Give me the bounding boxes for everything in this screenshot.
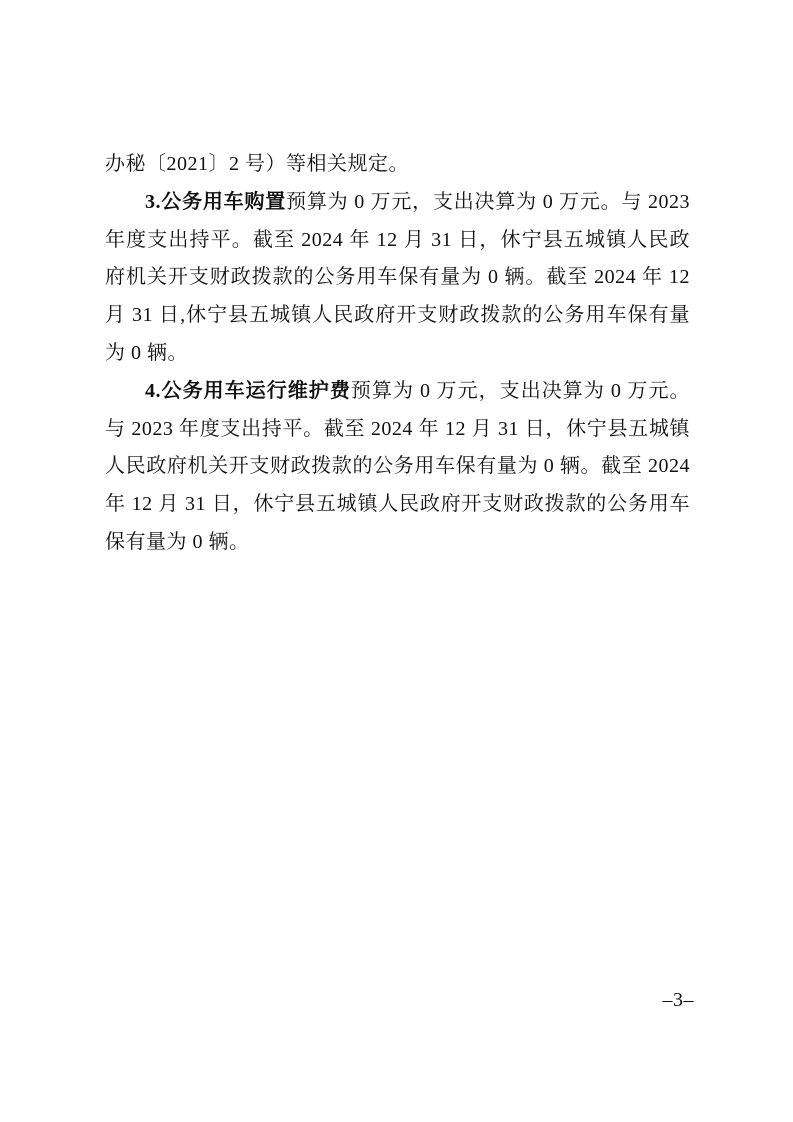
text-segment: 为 0 辆。 (105, 342, 188, 364)
document-line: 府机关开支财政拨款的公务用车保有量为 0 辆。截至 2024 年 12 (105, 259, 690, 297)
document-body: 办秘〔2021〕2 号）等相关规定。3.公务用车购置预算为 0 万元，支出决算为… (105, 146, 690, 562)
text-segment: 人民政府机关开支财政拨款的公务用车保有量为 0 辆。截至 2024 (105, 455, 690, 477)
text-segment: 办秘〔2021〕2 号）等相关规定。 (105, 153, 409, 175)
document-line: 年 12 月 31 日，休宁县五城镇人民政府开支财政拨款的公务用车 (105, 486, 690, 524)
document-line: 4.公务用车运行维护费预算为 0 万元，支出决算为 0 万元。 (105, 373, 690, 411)
document-line: 人民政府机关开支财政拨款的公务用车保有量为 0 辆。截至 2024 (105, 448, 690, 486)
document-line: 办秘〔2021〕2 号）等相关规定。 (105, 146, 690, 184)
text-segment: 月 31 日,休宁县五城镇人民政府开支财政拨款的公务用车保有量 (105, 304, 690, 326)
document-line: 保有量为 0 辆。 (105, 524, 690, 562)
document-line: 与 2023 年度支出持平。截至 2024 年 12 月 31 日，休宁县五城镇 (105, 411, 690, 449)
text-segment: 预算为 0 万元，支出决算为 0 万元。与 2023 (286, 191, 690, 213)
text-segment-bold: 3.公务用车购置 (145, 191, 286, 213)
document-line: 月 31 日,休宁县五城镇人民政府开支财政拨款的公务用车保有量 (105, 297, 690, 335)
document-page: 办秘〔2021〕2 号）等相关规定。3.公务用车购置预算为 0 万元，支出决算为… (0, 0, 793, 1122)
text-segment: 年度支出持平。截至 2024 年 12 月 31 日，休宁县五城镇人民政 (105, 229, 690, 251)
text-segment: 与 2023 年度支出持平。截至 2024 年 12 月 31 日，休宁县五城镇 (105, 418, 690, 440)
text-segment: 保有量为 0 辆。 (105, 531, 250, 553)
text-segment-bold: 4.公务用车运行维护费 (145, 380, 351, 402)
text-segment: 年 12 月 31 日，休宁县五城镇人民政府开支财政拨款的公务用车 (105, 493, 690, 515)
page-number: –3– (663, 990, 695, 1010)
text-segment: 府机关开支财政拨款的公务用车保有量为 0 辆。截至 2024 年 12 (105, 266, 690, 288)
document-line: 年度支出持平。截至 2024 年 12 月 31 日，休宁县五城镇人民政 (105, 222, 690, 260)
document-line: 为 0 辆。 (105, 335, 690, 373)
text-segment: 预算为 0 万元，支出决算为 0 万元。 (351, 380, 690, 402)
document-line: 3.公务用车购置预算为 0 万元，支出决算为 0 万元。与 2023 (105, 184, 690, 222)
